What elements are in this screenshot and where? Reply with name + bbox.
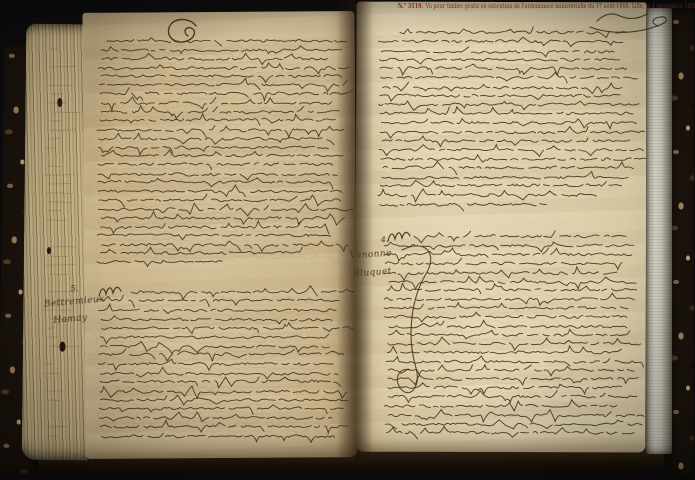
stamp-text: Vu pour timbre gratis en exécution de l'… xyxy=(426,3,695,10)
right-page xyxy=(355,2,646,453)
left-page xyxy=(82,11,357,459)
paper-grain-left xyxy=(82,11,357,459)
margin-name-left-1: Bettremieux xyxy=(44,294,105,309)
act-number-left: 5. xyxy=(70,281,103,293)
margin-name-right-1: Vanonne xyxy=(350,249,393,262)
revenue-stamp-line: N.° 3119.Vu pour timbre gratis en exécut… xyxy=(398,3,692,10)
page-edge-stack-right xyxy=(646,8,672,454)
binding-gutter-shadow xyxy=(337,0,373,462)
margin-note-left: 5. Bettremieux Hamay xyxy=(42,281,106,326)
margin-note-right: 4. Vanonne Bluquet xyxy=(349,235,394,280)
paper-grain-right xyxy=(355,2,646,453)
scanned-register-photo: N.° 3119.Vu pour timbre gratis en exécut… xyxy=(0,0,695,480)
act-number-right: 4. xyxy=(381,235,392,245)
stamp-number: N.° 3119. xyxy=(398,3,423,10)
page-edge-stack-left xyxy=(22,24,93,461)
